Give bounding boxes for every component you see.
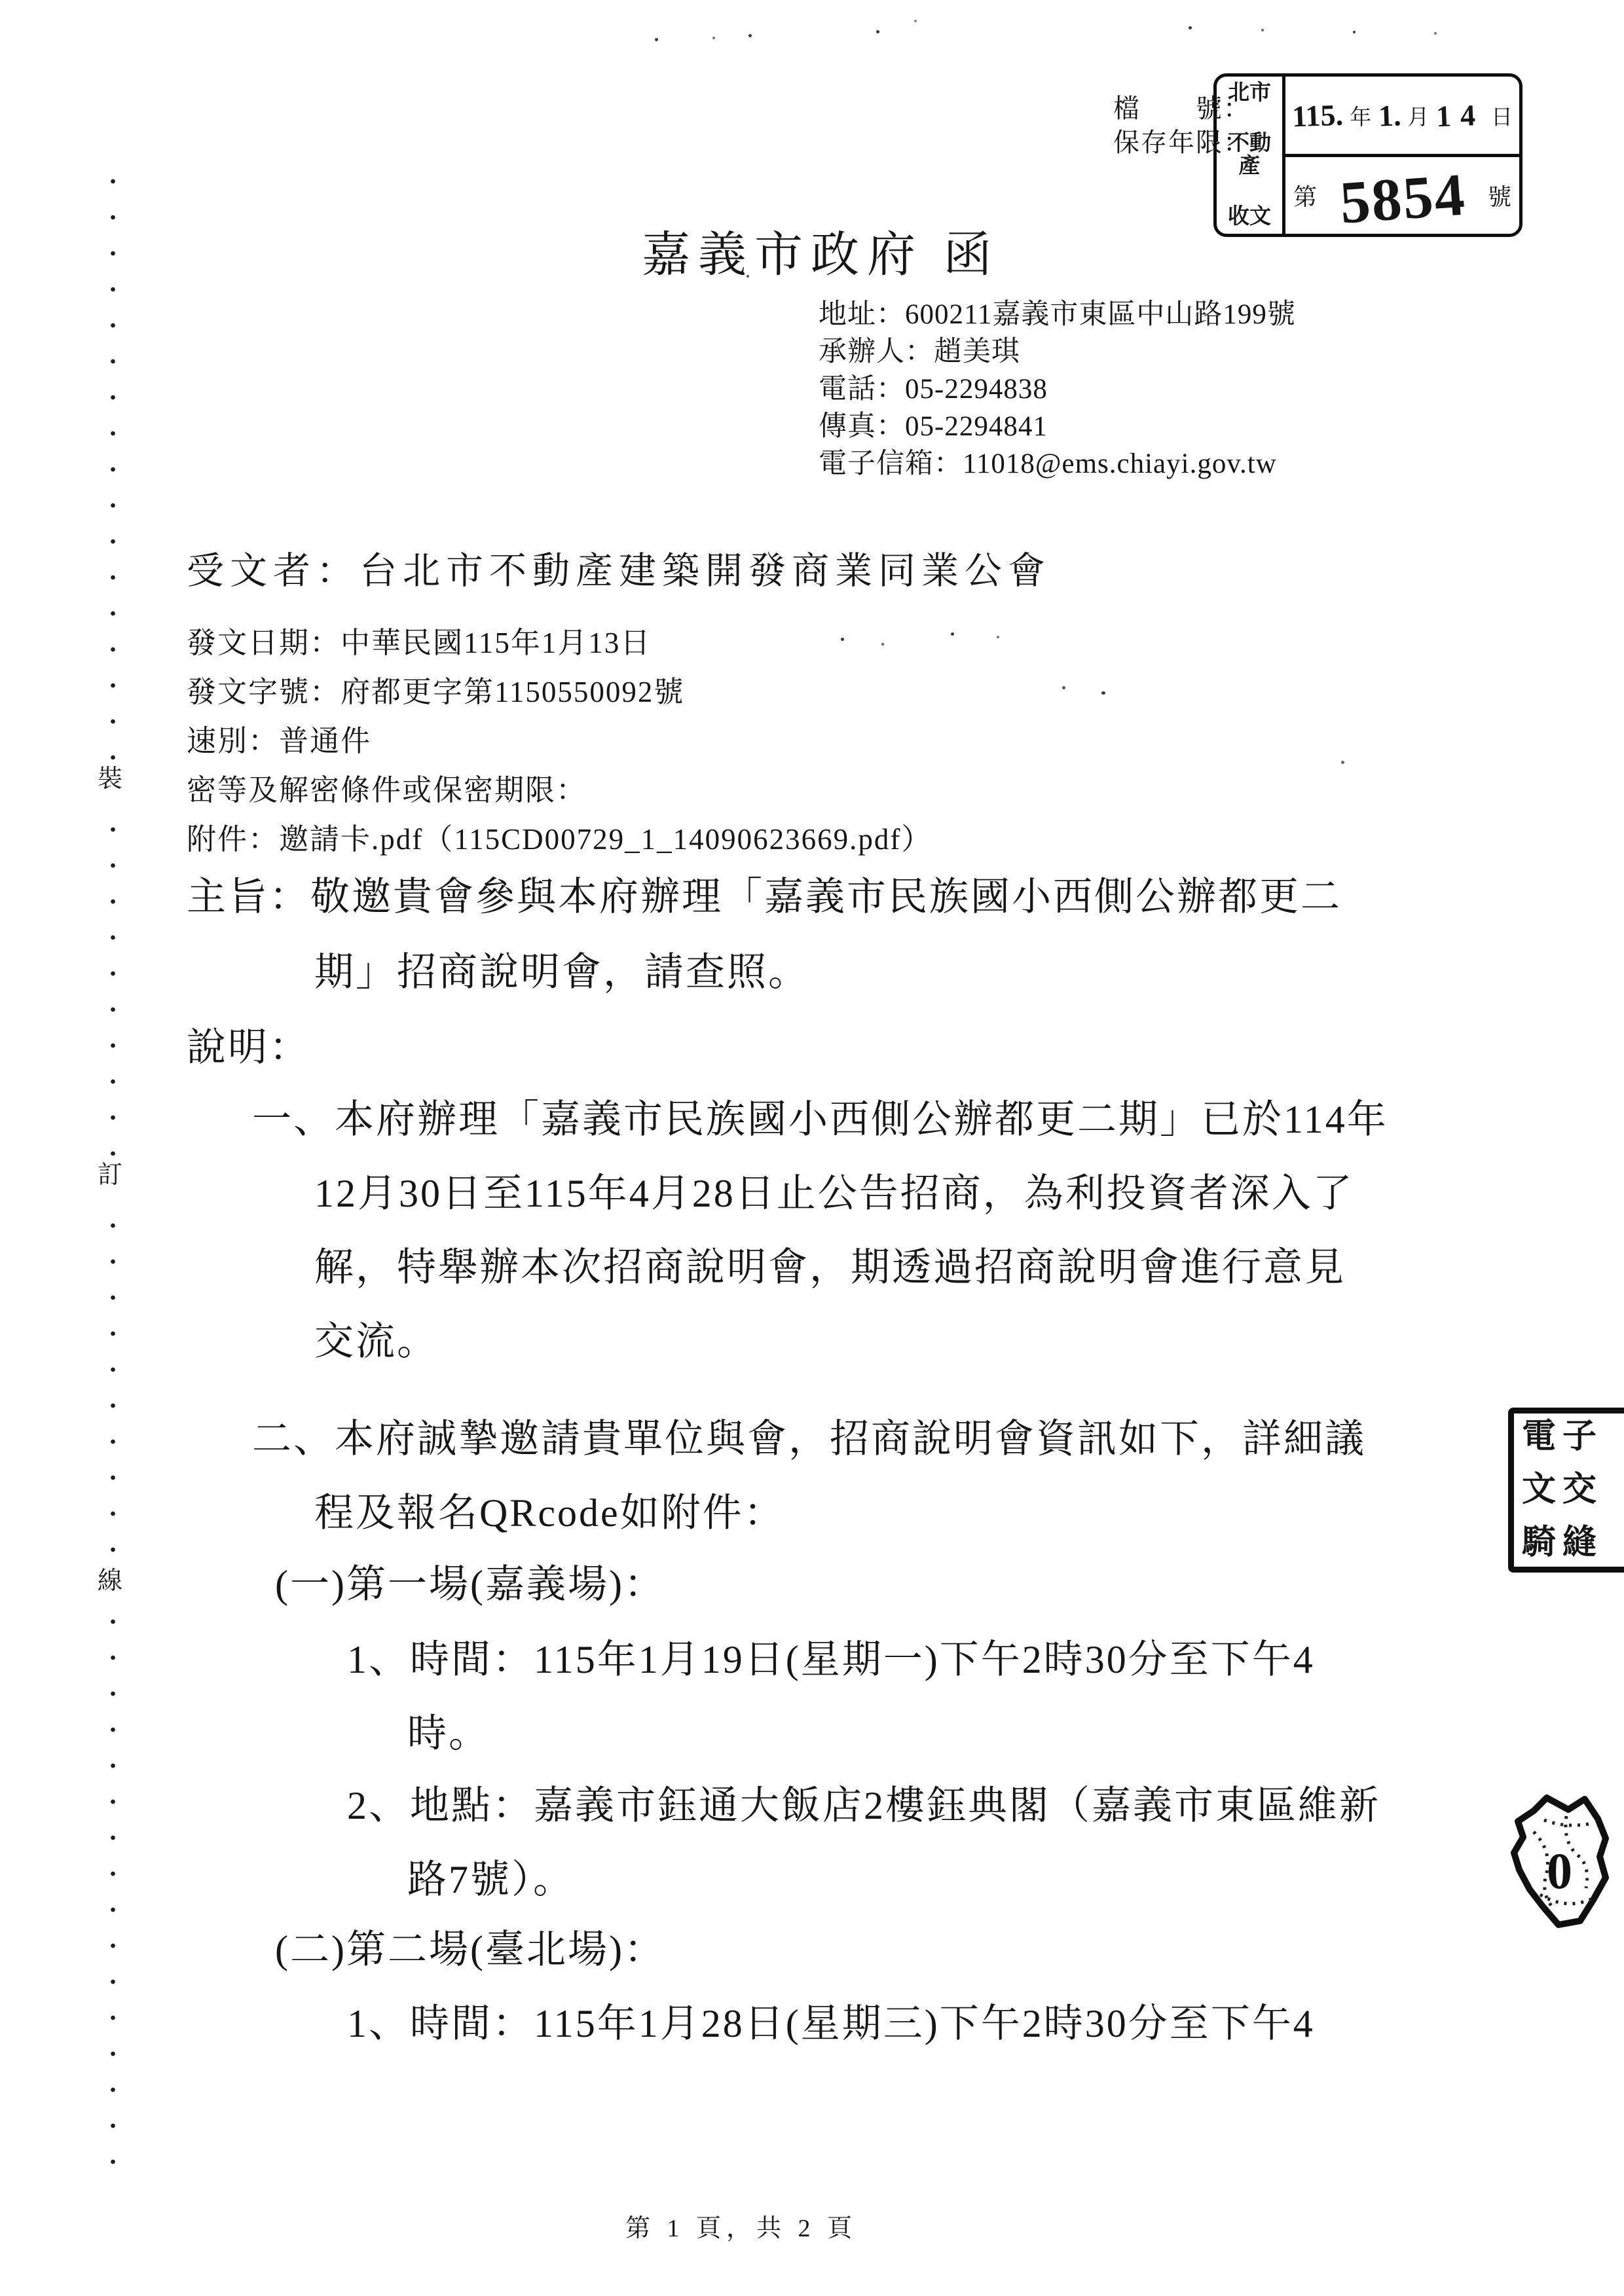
meta-line: 密等及解密條件或保密期限： bbox=[187, 766, 932, 815]
seal-char: 文 bbox=[1522, 1472, 1556, 1508]
partial-seal-mark: 0 bbox=[1506, 1791, 1624, 1929]
body-line: 路7號）。 bbox=[407, 1848, 574, 1904]
meta-line: 附件：邀請卡.pdf（115CD00729_1_14090623669.pdf） bbox=[187, 815, 932, 864]
seal-char: 電 bbox=[1522, 1419, 1556, 1455]
receipt-stamp-number-row: 第 5854 號 bbox=[1285, 157, 1519, 234]
receipt-date-day: 14 bbox=[1435, 97, 1485, 134]
contact-line: 電話：05-2294838 bbox=[819, 371, 1296, 408]
binding-mark-ding: 訂 bbox=[88, 1156, 132, 1195]
receipt-stamp: 北市 不動產 收文 115. 年 1. 月 14 日 第 5854 號 bbox=[1213, 73, 1522, 237]
receipt-date-month: 1. bbox=[1378, 98, 1401, 133]
receipt-stamp-org-line: 不動產 bbox=[1218, 132, 1281, 177]
receipt-number-prefix: 第 bbox=[1293, 179, 1317, 212]
receipt-stamp-org-line: 北市 bbox=[1228, 82, 1271, 105]
contact-line: 傳真：05-2294841 bbox=[819, 408, 1296, 445]
receipt-date-year-unit: 年 bbox=[1350, 100, 1371, 131]
scanned-letter-page: 裝 訂 線 檔 號： 保存年限： 北市 不動產 收文 115. 年 1. 月 1… bbox=[0, 0, 1624, 2296]
meta-line: 發文字號：府都更字第1150550092號 bbox=[187, 668, 932, 717]
body-line: 12月30日至115年4月28日止公告招商，為利投資者深入了 bbox=[314, 1162, 1354, 1218]
receipt-date-day-unit: 日 bbox=[1491, 100, 1513, 131]
receipt-date-year: 115. bbox=[1291, 97, 1344, 134]
seal-char: 交 bbox=[1562, 1472, 1596, 1508]
cross-page-seal-right-column: 子 交 縫 bbox=[1562, 1419, 1596, 1561]
body-line: (二)第二場(臺北場)： bbox=[275, 1918, 665, 1975]
binding-mark-zhuang: 裝 bbox=[88, 759, 132, 799]
receipt-number-handwritten: 5854 bbox=[1337, 159, 1467, 237]
body-line: 二、本府誠摯邀請貴單位與會，招商說明會資訊如下，詳細議 bbox=[252, 1408, 1366, 1464]
body-line: 時。 bbox=[407, 1702, 490, 1758]
contact-line: 電子信箱：11018@ems.chiayi.gov.tw bbox=[819, 445, 1296, 483]
subject-line-1: 主旨：敬邀貴會參與本府辦理「嘉義市民族國小西側公辦都更二 bbox=[187, 866, 1342, 922]
partial-seal-digit: 0 bbox=[1547, 1842, 1572, 1899]
contact-block: 地址：600211嘉義市東區中山路199號承辦人：趙美琪電話：05-229483… bbox=[819, 296, 1296, 483]
cross-page-seal-left-column: 電 文 騎 bbox=[1522, 1419, 1556, 1561]
receipt-stamp-org-line: 收文 bbox=[1228, 206, 1271, 228]
page-footer: 第 1 頁，共 2 頁 bbox=[625, 2208, 857, 2244]
document-title: 嘉義市政府 函 bbox=[642, 216, 1000, 285]
body-line: 交流。 bbox=[314, 1310, 438, 1366]
body-line: (一)第一場(嘉義場)： bbox=[275, 1553, 665, 1609]
receipt-stamp-date-row: 115. 年 1. 月 14 日 bbox=[1285, 77, 1519, 157]
body-line: 1、時間：115年1月19日(星期一)下午2時30分至下午4 bbox=[347, 1628, 1315, 1685]
body-line: 2、地點：嘉義市鈺通大飯店2樓鈺典閣（嘉義市東區維新 bbox=[347, 1774, 1380, 1831]
body-line: 1、時間：115年1月28日(星期三)下午2時30分至下午4 bbox=[347, 1992, 1315, 2049]
receipt-date-month-unit: 月 bbox=[1407, 100, 1429, 131]
meta-block: 發文日期：中華民國115年1月13日發文字號：府都更字第1150550092號速… bbox=[187, 619, 932, 864]
recipient-line: 受文者：台北市不動產建築開發商業同業公會 bbox=[187, 541, 1051, 594]
receipt-stamp-org-column: 北市 不動產 收文 bbox=[1217, 77, 1285, 234]
cross-page-seal: 電 文 騎 子 交 縫 bbox=[1508, 1408, 1624, 1573]
binding-mark-xian: 線 bbox=[88, 1561, 132, 1601]
seal-char: 子 bbox=[1562, 1419, 1596, 1455]
seal-char: 縫 bbox=[1562, 1525, 1596, 1561]
body-line: 解，特舉辦本次招商說明會，期透過招商說明會進行意見 bbox=[314, 1236, 1346, 1292]
contact-line: 承辦人：趙美琪 bbox=[819, 333, 1296, 371]
contact-line: 地址：600211嘉義市東區中山路199號 bbox=[819, 296, 1296, 333]
body-line: 一、本府辦理「嘉義市民族國小西側公辦都更二期」已於114年 bbox=[252, 1088, 1388, 1144]
meta-line: 速別：普通件 bbox=[187, 717, 932, 766]
explanation-label: 說明： bbox=[187, 1016, 310, 1072]
body-line: 程及報名QRcode如附件： bbox=[314, 1482, 785, 1538]
meta-line: 發文日期：中華民國115年1月13日 bbox=[187, 619, 932, 668]
subject-line-2: 期」招商說明會，請查照。 bbox=[314, 941, 809, 997]
receipt-number-unit: 號 bbox=[1488, 179, 1511, 212]
seal-char: 騎 bbox=[1522, 1525, 1556, 1561]
